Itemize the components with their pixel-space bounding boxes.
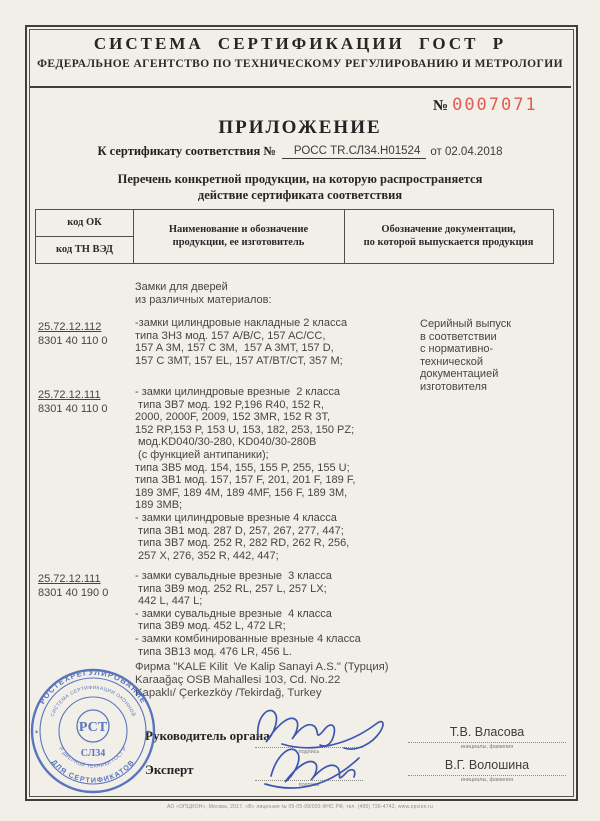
text-line: типа ЗВ13 мод. 476 LR, 456 L. bbox=[135, 646, 361, 659]
stamp-code: СЛ34 bbox=[81, 748, 105, 759]
docs-note: Серийный выпускв соответствиис нормативн… bbox=[420, 318, 511, 394]
signer-name-expert: В.Г. Волошина bbox=[412, 758, 562, 772]
text-line: изготовителя bbox=[420, 381, 511, 394]
text-line: Karaağaç OSB Mahallesi 103, Cd. No.22 bbox=[135, 674, 389, 687]
certificate-number-value: РОСС TR.СЛ34.Н01524 bbox=[282, 145, 426, 159]
stamp-star-right: ✶ bbox=[146, 729, 151, 736]
signature-role-head: Руководитель органа bbox=[145, 728, 270, 744]
certificate-reference-label: К сертификату соответствия № bbox=[97, 144, 275, 159]
svg-text:ДЛЯ СЕРТИФИКАТОВ: ДЛЯ СЕРТИФИКАТОВ bbox=[50, 758, 137, 785]
text-line: мод.KD040/30-280, KD040/30-280B bbox=[135, 436, 355, 449]
name-caption-expert: инициалы, фамилия bbox=[408, 777, 566, 783]
text-line: Серийный выпуск bbox=[420, 318, 511, 331]
text-line: типа ЗВ5 мод. 154, 155, 155 P, 255, 155 … bbox=[135, 462, 355, 475]
text-line: типа ЗВ1 мод. 157, 157 F, 201, 201 F, 18… bbox=[135, 474, 355, 487]
form-number-label: № bbox=[433, 98, 448, 114]
column-header-code-tnved: код ТН ВЭД bbox=[36, 244, 133, 256]
text-line: 157 A 3M, 157 C 3M, 157 A 3MT, 157 D, bbox=[135, 342, 347, 355]
text-line: в соответствии bbox=[420, 331, 511, 344]
signature-line-head bbox=[255, 746, 363, 748]
certificate-appendix-page: СИСТЕМА СЕРТИФИКАЦИИ ГОСТ Р ФЕДЕРАЛЬНОЕ … bbox=[0, 0, 600, 821]
text-line: типа ЗВ9 мод. 452 L, 472 LR; bbox=[135, 620, 361, 633]
column-header-code-ok: код ОК bbox=[36, 217, 133, 229]
name-line-expert bbox=[408, 774, 566, 776]
text-line: 442 L, 447 L; bbox=[135, 595, 361, 608]
appendix-title: ПРИЛОЖЕНИЕ bbox=[0, 117, 600, 139]
text-line: -замки цилиндровые накладные 2 класса bbox=[135, 317, 347, 330]
agency-subtitle: ФЕДЕРАЛЬНОЕ АГЕНТСТВО ПО ТЕХНИЧЕСКОМУ РЕ… bbox=[0, 58, 600, 70]
name-line-head bbox=[408, 741, 566, 743]
signature-caption-expert: подпись bbox=[255, 782, 363, 788]
row1-code-ok: 25.72.12.112 bbox=[38, 320, 108, 334]
signature-line-expert bbox=[255, 779, 363, 781]
scope-line-2: действие сертификата соответствия bbox=[0, 188, 600, 203]
column-header-product-line1: Наименование и обозначение bbox=[133, 224, 344, 236]
text-line: 157 C 3MT, 157 EL, 157 AT/BT/CT, 357 M; bbox=[135, 355, 347, 368]
name-caption-head: инициалы, фамилия bbox=[408, 744, 566, 750]
text-line: типа ЗВ7 мод. 192 P,196 R40, 152 R, bbox=[135, 399, 355, 412]
text-line: документацией bbox=[420, 368, 511, 381]
row2-code-ok: 25.72.12.111 bbox=[38, 388, 108, 402]
header-divider bbox=[30, 86, 571, 88]
row3-code-ok: 25.72.12.111 bbox=[38, 572, 108, 586]
system-title: СИСТЕМА СЕРТИФИКАЦИИ ГОСТ Р bbox=[0, 34, 600, 54]
scope-line-1: Перечень конкретной продукции, на котору… bbox=[0, 172, 600, 187]
stamp-ring-bottom-text: ДЛЯ СЕРТИФИКАТОВ bbox=[50, 758, 137, 785]
text-line: технической bbox=[420, 356, 511, 369]
form-number: № 0007071 bbox=[433, 95, 538, 115]
table-col1-divider bbox=[36, 236, 133, 237]
certificate-date: от 02.04.2018 bbox=[430, 146, 502, 159]
table-header: код ОК код ТН ВЭД Наименование и обознач… bbox=[35, 209, 554, 264]
print-footer: АО «ОПЦИОН», Москва, 2017, «В» лицензия … bbox=[0, 804, 600, 810]
column-header-docs-line2: по которой выпускается продукция bbox=[344, 237, 553, 249]
stamp-star-left: ✶ bbox=[34, 729, 39, 736]
text-line: 152 RP,153 P, 153 U, 153, 182, 253, 150 … bbox=[135, 424, 355, 437]
certificate-reference-line: К сертификату соответствия № РОСС TR.СЛ3… bbox=[0, 144, 600, 159]
text-line: типа ЗН3 мод. 157 A/B/C, 157 AC/CC, bbox=[135, 330, 347, 343]
stamp-monogram: РСТ bbox=[79, 720, 108, 735]
text-line: 257 X, 276, 352 R, 442, 447; bbox=[135, 550, 355, 563]
row2-product-lines: - замки цилиндровые врезные 2 класса тип… bbox=[135, 386, 355, 562]
form-number-value: 0007071 bbox=[452, 95, 538, 115]
text-line: типа ЗВ7 мод. 252 R, 282 RD, 262 R, 256, bbox=[135, 537, 355, 550]
row1-product-lines: -замки цилиндровые накладные 2 классатип… bbox=[135, 317, 347, 367]
certification-stamp: РОСТЕХРЕГУЛИРОВАНИЕ ДЛЯ СЕРТИФИКАТОВ СИС… bbox=[26, 664, 160, 798]
text-line: - замки сувальдные врезные 4 класса bbox=[135, 608, 361, 621]
text-line: из различных материалов: bbox=[135, 294, 272, 307]
column-header-product-line2: продукции, ее изготовитель bbox=[133, 237, 344, 249]
row1-codes: 25.72.12.112 8301 40 110 0 bbox=[38, 320, 108, 348]
text-line: 2000, 2000F, 2009, 152 3MR, 152 R 3T, bbox=[135, 411, 355, 424]
signature-caption-head: подпись bbox=[255, 749, 363, 755]
text-line: типа ЗВ1 мод. 287 D, 257, 267, 277, 447; bbox=[135, 525, 355, 538]
text-line: с нормативно- bbox=[420, 343, 511, 356]
text-line: - замки сувальдные врезные 3 класса bbox=[135, 570, 361, 583]
text-line: - замки цилиндровые врезные 2 класса bbox=[135, 386, 355, 399]
row2-code-tnved: 8301 40 110 0 bbox=[38, 402, 108, 416]
text-line: Фирма "KALE Kilit Ve Kalip Sanayi A.S." … bbox=[135, 661, 389, 674]
text-line: типа ЗВ9 мод. 252 RL, 257 L, 257 LX; bbox=[135, 583, 361, 596]
text-line: - замки цилиндровые врезные 4 класса bbox=[135, 512, 355, 525]
stamp-inner-ring-top-text: СИСТЕМА СЕРТИФИКАЦИИ ОКОННОЙ bbox=[50, 685, 139, 718]
text-line: 189 3MB; bbox=[135, 499, 355, 512]
text-line: 189 3MF, 189 4M, 189 4MF, 156 F, 189 3M, bbox=[135, 487, 355, 500]
row3-codes: 25.72.12.111 8301 40 190 0 bbox=[38, 572, 108, 600]
text-line: Kapaklı/ Çerkezköy /Tekirdağ, Turkey bbox=[135, 687, 389, 700]
svg-text:СИСТЕМА СЕРТИФИКАЦИИ ОКОННОЙ: СИСТЕМА СЕРТИФИКАЦИИ ОКОННОЙ bbox=[50, 685, 139, 718]
row1-code-tnved: 8301 40 110 0 bbox=[38, 334, 108, 348]
text-line: Замки для дверей bbox=[135, 281, 272, 294]
row3-code-tnved: 8301 40 190 0 bbox=[38, 586, 108, 600]
column-header-docs-line1: Обозначение документации, bbox=[344, 224, 553, 236]
text-line: - замки комбинированные врезные 4 класса bbox=[135, 633, 361, 646]
signer-name-head: Т.В. Власова bbox=[412, 725, 562, 739]
row3-product-lines: - замки сувальдные врезные 3 класса типа… bbox=[135, 570, 361, 658]
product-intro: Замки для дверейиз различных материалов: bbox=[135, 281, 272, 306]
row2-codes: 25.72.12.111 8301 40 110 0 bbox=[38, 388, 108, 416]
text-line: (с функцией антипаники); bbox=[135, 449, 355, 462]
manufacturer-block: Фирма "KALE Kilit Ve Kalip Sanayi A.S." … bbox=[135, 661, 389, 701]
